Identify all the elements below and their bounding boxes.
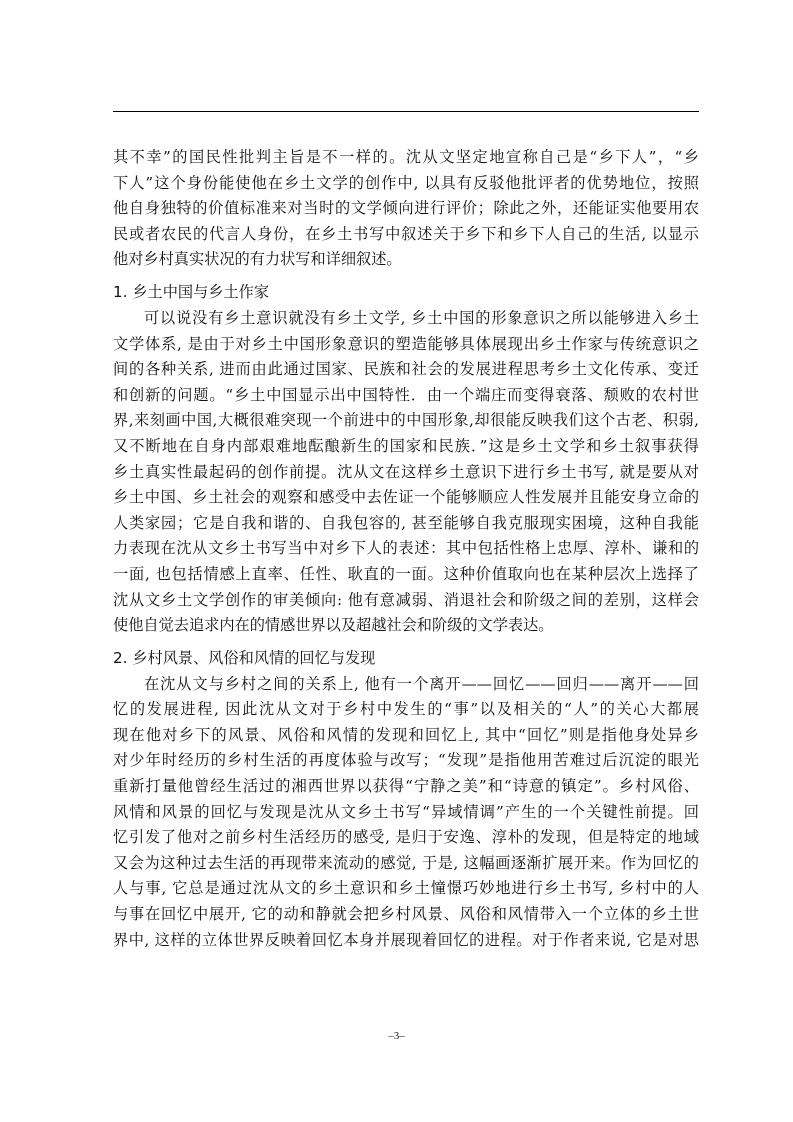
text-line: 忆的发展进程, 因此沈从文对于乡村中发生的“事”以及相关的“人”的关心大都展 xyxy=(113,697,699,723)
text-line: 人类家园；它是自我和谐的、自我包容的, 甚至能够自我克服现实困境，这种自我能 xyxy=(113,511,699,537)
paragraph-continued: 其不幸”的国民性批判主旨是不一样的。沈从文坚定地宣称自己是“乡下人”，“乡 下人… xyxy=(113,145,699,273)
text-line: 乡土真实性最起码的创作前提。沈从文在这样乡土意识下进行乡土书写, 就是要从对 xyxy=(113,460,699,486)
text-line: 又会为这种过去生活的再现带来流动的感觉, 于是, 这幅画逐渐扩展开来。作为回忆的 xyxy=(113,851,699,877)
text-line: 间的各种关系, 进而由此通过国家、民族和社会的发展进程思考乡土文化传承、变迁 xyxy=(113,357,699,383)
text-line: 风情和风景的回忆与发现是沈从文乡土书写“异域情调”产生的一个关键性前提。回 xyxy=(113,800,699,826)
text-line: 现在他对乡下的风景、风俗和风情的发现和回忆上, 其中“回忆”则是指他身处异乡 xyxy=(113,723,699,749)
text-line: 乡土中国、乡土社会的观察和感受中去佐证一个能够顺应人性发展并且能安身立命的 xyxy=(113,485,699,511)
section-heading-1: 1. 乡土中国与乡土作家 xyxy=(113,275,699,305)
text-line: 他自身独特的价值标准来对当时的文学倾向进行评价；除此之外，还能证实他要用农 xyxy=(113,196,699,222)
page-number: –3– xyxy=(0,1030,793,1042)
section-1-paragraph: 可以说没有乡土意识就没有乡土文学, 乡土中国的形象意识之所以能够进入乡土 文学体… xyxy=(113,306,699,639)
text-line: 与事在回忆中展开, 它的动和静就会把乡村风景、风俗和风情带入一个立体的乡土世 xyxy=(113,902,699,928)
text-line: 人与事, 它总是通过沈从文的乡土意识和乡土憧憬巧妙地进行乡土书写, 乡村中的人 xyxy=(113,876,699,902)
text-line: 力表现在沈从文乡土书写当中对乡下人的表述：其中包括性格上忠厚、淳朴、谦和的 xyxy=(113,536,699,562)
section-2-paragraph: 在沈从文与乡村之间的关系上, 他有一个离开——回忆——回归——离开——回 忆的发… xyxy=(113,672,699,954)
text-line: 和创新的问题。“乡土中国显示出中国特性．由一个端庄而变得衰落、颓败的农村世 xyxy=(113,383,699,409)
section-heading-2: 2. 乡村风景、风俗和风情的回忆与发现 xyxy=(113,641,699,671)
page-body: 其不幸”的国民性批判主旨是不一样的。沈从文坚定地宣称自己是“乡下人”，“乡 下人… xyxy=(113,145,699,953)
text-line: 其不幸”的国民性批判主旨是不一样的。沈从文坚定地宣称自己是“乡下人”，“乡 xyxy=(113,145,699,171)
text-line: 忆引发了他对之前乡村生活经历的感受, 是归于安逸、淳朴的发现，但是特定的地域 xyxy=(113,825,699,851)
text-line: 可以说没有乡土意识就没有乡土文学, 乡土中国的形象意识之所以能够进入乡土 xyxy=(113,306,699,332)
text-line: 一面, 也包括情感上直率、任性、耿直的一面。这种价值取向也在某种层次上选择了 xyxy=(113,562,699,588)
text-line: 下人”这个身份能使他在乡土文学的创作中, 以具有反驳他批评者的优势地位，按照 xyxy=(113,171,699,197)
text-line: 界,来刻画中国,大概很难突现一个前进中的中国形象,却很能反映我们这个古老、积弱, xyxy=(113,408,699,434)
text-line: 对少年时经历的乡村生活的再度体验与改写；“发现”是指他用苦难过后沉淀的眼光 xyxy=(113,748,699,774)
text-line: 使他自觉去追求内在的情感世界以及超越社会和阶级的文学表达。 xyxy=(113,613,699,639)
text-line: 文学体系, 是由于对乡土中国形象意识的塑造能够具体展现出乡土作家与传统意识之 xyxy=(113,332,699,358)
text-line: 他对乡村真实状况的有力状写和详细叙述。 xyxy=(113,247,699,273)
text-line: 界中, 这样的立体世界反映着回忆本身并展现着回忆的进程。对于作者来说, 它是对思 xyxy=(113,928,699,954)
text-line: 在沈从文与乡村之间的关系上, 他有一个离开——回忆——回归——离开——回 xyxy=(113,672,699,698)
text-line: 重新打量他曾经生活过的湘西世界以获得“宁静之美”和“诗意的镇定”。乡村风俗、 xyxy=(113,774,699,800)
text-line: 民或者农民的代言人身份，在乡土书写中叙述关于乡下和乡下人自己的生活, 以显示 xyxy=(113,222,699,248)
text-line: 沈从文乡土文学创作的审美倾向: 他有意减弱、消退社会和阶级之间的差别，这样会 xyxy=(113,588,699,614)
header-rule xyxy=(113,111,699,112)
text-line: 又不断地在自身内部艰难地酝酿新生的国家和民族．”这是乡土文学和乡土叙事获得 xyxy=(113,434,699,460)
